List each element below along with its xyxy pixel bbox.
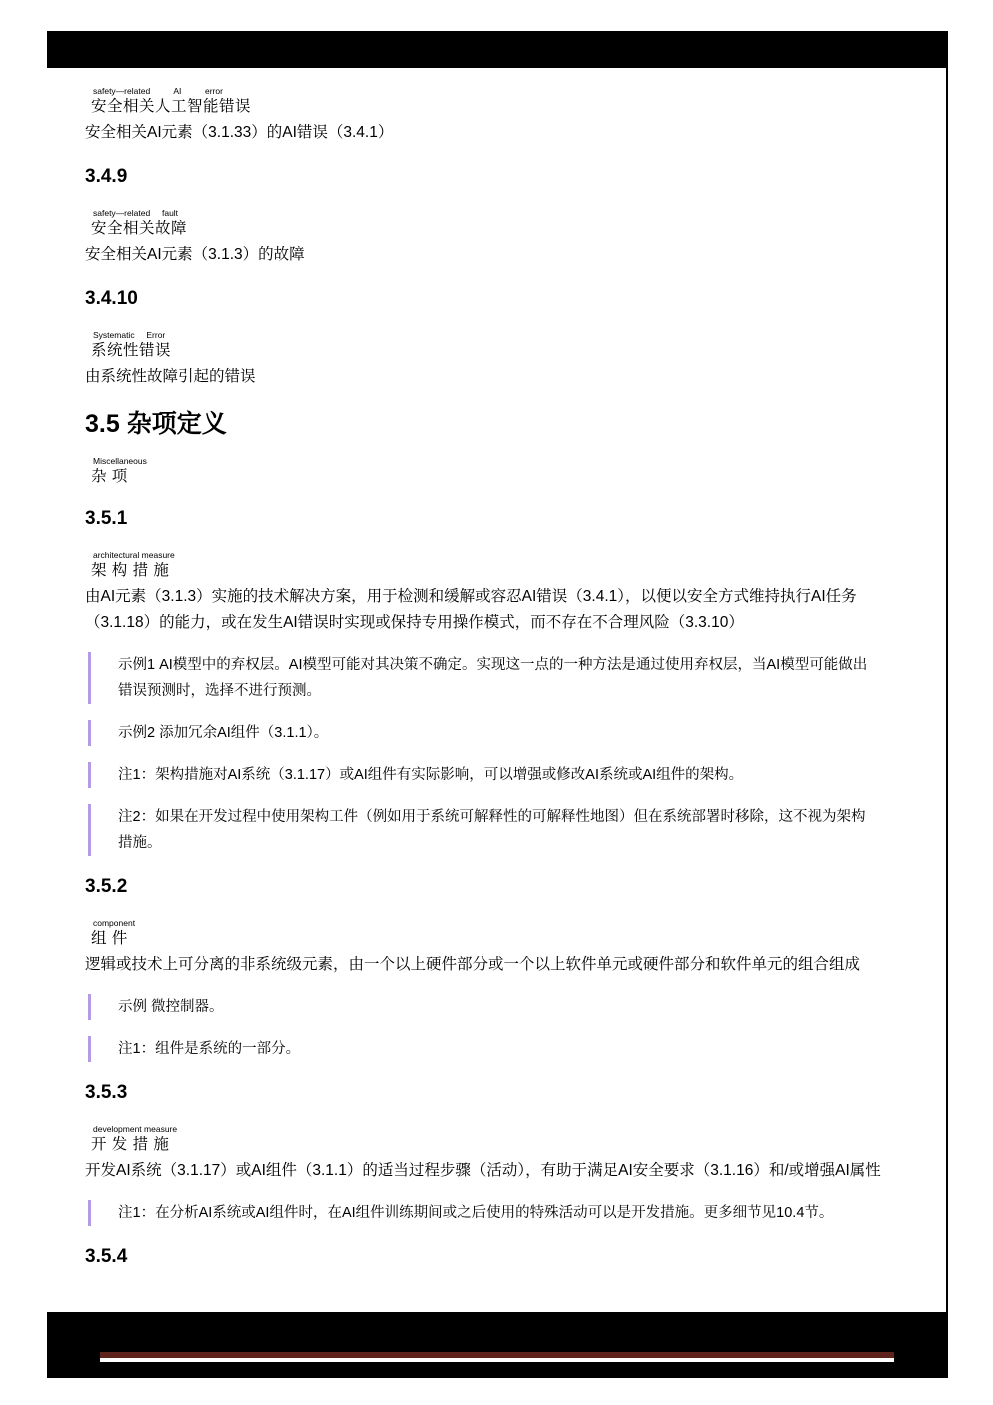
page-header-bar — [47, 31, 948, 68]
term-definition: 开发AI系统（3.1.17）或AI组件（3.1.1）的适当过程步骤（活动），有助… — [85, 1158, 905, 1184]
note-text: 注1：在分析AI系统或AI组件时，在AI组件训练期间或之后使用的特殊活动可以是开… — [118, 1200, 878, 1226]
section-heading-3-5-1: 3.5.1 — [85, 506, 905, 532]
note-block: 注1：架构措施对AI系统（3.1.17）或AI组件有实际影响，可以增强或修改AI… — [88, 762, 878, 788]
term-entry: architectural measure 架 构 措 施 由AI元素（3.1.… — [85, 550, 905, 636]
example-block: 示例 微控制器。 — [88, 994, 878, 1020]
term-entry: Miscellaneous 杂 项 — [85, 456, 905, 488]
term-english-ruby: Miscellaneous — [85, 456, 905, 466]
page-footer-bar — [47, 1312, 948, 1378]
section-heading-3-4-10: 3.4.10 — [85, 286, 905, 312]
term-definition: 由系统性故障引起的错误 — [85, 364, 905, 390]
term-definition: 由AI元素（3.1.3）实施的技术解决方案，用于检测和缓解或容忍AI错误（3.4… — [85, 584, 905, 636]
term-english-ruby: safety—related AI error — [85, 86, 905, 96]
term-title: 系统性错误 — [85, 340, 905, 362]
term-title: 架 构 措 施 — [85, 560, 905, 582]
term-title: 安全相关故障 — [85, 218, 905, 240]
term-title: 杂 项 — [85, 466, 905, 488]
note-block: 注2：如果在开发过程中使用架构工件（例如用于系统可解释性的可解释性地图）但在系统… — [88, 804, 878, 856]
footer-rule-white — [100, 1358, 894, 1362]
example-text: 示例2 添加冗余AI组件（3.1.1）。 — [118, 720, 878, 746]
term-entry: development measure 开 发 措 施 开发AI系统（3.1.1… — [85, 1124, 905, 1184]
example-text: 示例 微控制器。 — [118, 994, 878, 1020]
section-heading-3-5-2: 3.5.2 — [85, 874, 905, 900]
term-title: 组 件 — [85, 928, 905, 950]
term-definition: 安全相关AI元素（3.1.33）的AI错误（3.4.1） — [85, 120, 905, 146]
section-heading-3-5-4: 3.5.4 — [85, 1244, 905, 1270]
note-text: 注2：如果在开发过程中使用架构工件（例如用于系统可解释性的可解释性地图）但在系统… — [118, 804, 878, 856]
term-english-ruby: Systematic Error — [85, 330, 905, 340]
term-definition: 安全相关AI元素（3.1.3）的故障 — [85, 242, 905, 268]
term-title: 安全相关人工智能错误 — [85, 96, 905, 118]
example-block: 示例2 添加冗余AI组件（3.1.1）。 — [88, 720, 878, 746]
term-english-ruby: component — [85, 918, 905, 928]
note-block: 注1：组件是系统的一部分。 — [88, 1036, 878, 1062]
term-title: 开 发 措 施 — [85, 1134, 905, 1156]
term-english-ruby: architectural measure — [85, 550, 905, 560]
chapter-heading-3-5: 3.5 杂项定义 — [85, 408, 905, 441]
example-text: 示例1 AI模型中的弃权层。AI模型可能对其决策不确定。实现这一点的一种方法是通… — [118, 652, 878, 704]
section-heading-3-4-9: 3.4.9 — [85, 164, 905, 190]
page-content: safety—related AI error 安全相关人工智能错误 安全相关A… — [47, 68, 948, 1312]
example-block: 示例1 AI模型中的弃权层。AI模型可能对其决策不确定。实现这一点的一种方法是通… — [88, 652, 878, 704]
term-entry: Systematic Error 系统性错误 由系统性故障引起的错误 — [85, 330, 905, 390]
term-entry: component 组 件 逻辑或技术上可分离的非系统级元素，由一个以上硬件部分… — [85, 918, 905, 978]
note-text: 注1：架构措施对AI系统（3.1.17）或AI组件有实际影响，可以增强或修改AI… — [118, 762, 878, 788]
term-english-ruby: safety—related fault — [85, 208, 905, 218]
term-entry: safety—related AI error 安全相关人工智能错误 安全相关A… — [85, 86, 905, 146]
note-text: 注1：组件是系统的一部分。 — [118, 1036, 878, 1062]
term-definition: 逻辑或技术上可分离的非系统级元素，由一个以上硬件部分或一个以上软件单元或硬件部分… — [85, 952, 905, 978]
term-english-ruby: development measure — [85, 1124, 905, 1134]
section-heading-3-5-3: 3.5.3 — [85, 1080, 905, 1106]
note-block: 注1：在分析AI系统或AI组件时，在AI组件训练期间或之后使用的特殊活动可以是开… — [88, 1200, 878, 1226]
document-page: safety—related AI error 安全相关人工智能错误 安全相关A… — [0, 0, 993, 1405]
term-entry: safety—related fault 安全相关故障 安全相关AI元素（3.1… — [85, 208, 905, 268]
